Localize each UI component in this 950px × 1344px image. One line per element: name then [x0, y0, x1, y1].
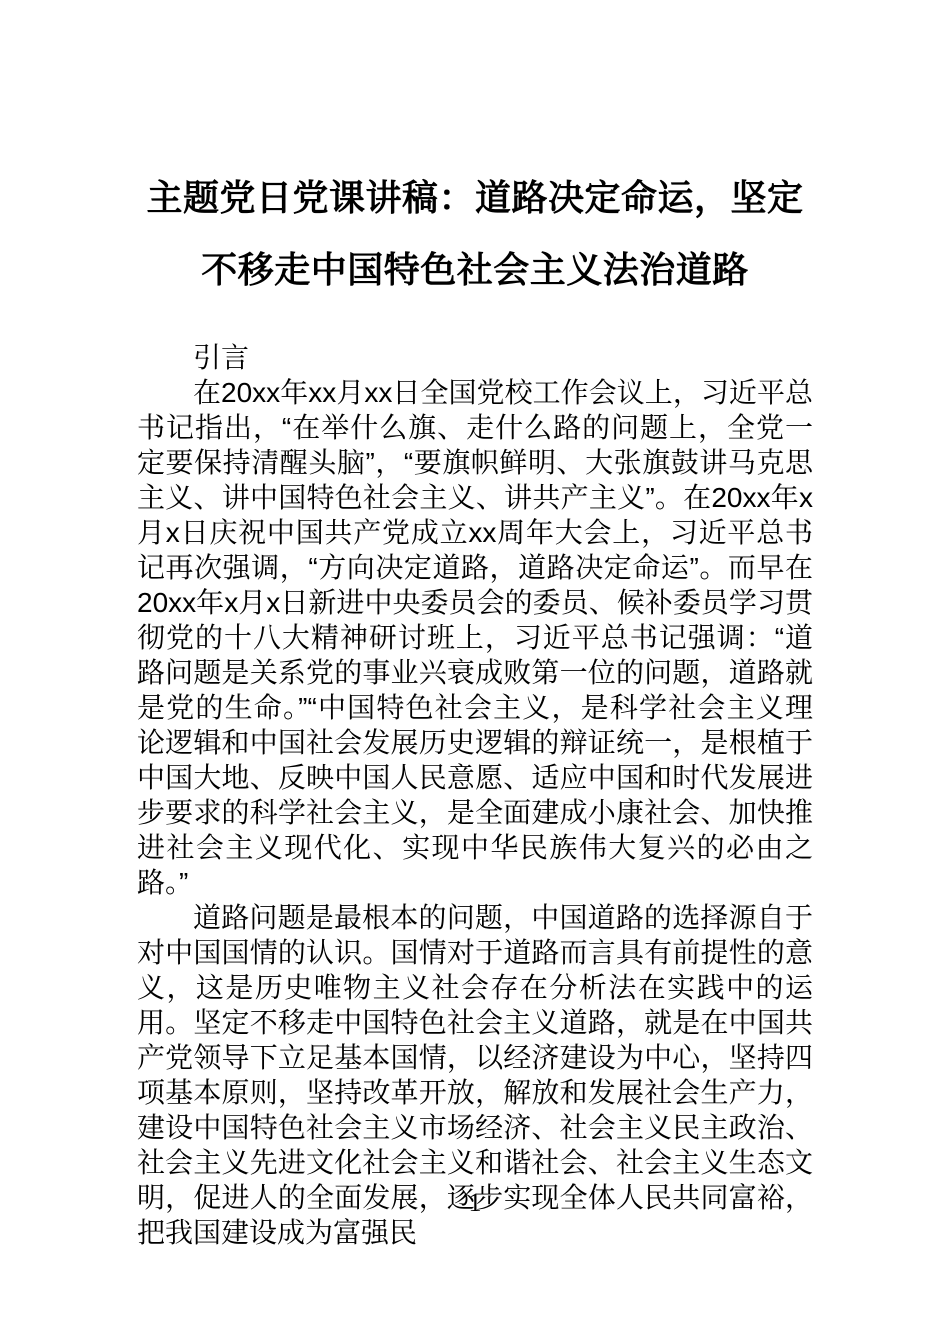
- document-body: 引言 在20xx年xx月xx日全国党校工作会议上，习近平总书记指出，“在举什么旗…: [137, 340, 813, 1250]
- document-page: 主题党日党课讲稿：道路决定命运，坚定不移走中国特色社会主义法治道路 引言 在20…: [0, 0, 950, 1344]
- paragraph-1: 在20xx年xx月xx日全国党校工作会议上，习近平总书记指出，“在举什么旗、走什…: [137, 375, 813, 900]
- intro-heading: 引言: [137, 340, 813, 375]
- document-content: 主题党日党课讲稿：道路决定命运，坚定不移走中国特色社会主义法治道路 引言 在20…: [137, 162, 813, 1250]
- page-number: 1: [0, 1188, 950, 1218]
- document-title: 主题党日党课讲稿：道路决定命运，坚定不移走中国特色社会主义法治道路: [145, 162, 805, 306]
